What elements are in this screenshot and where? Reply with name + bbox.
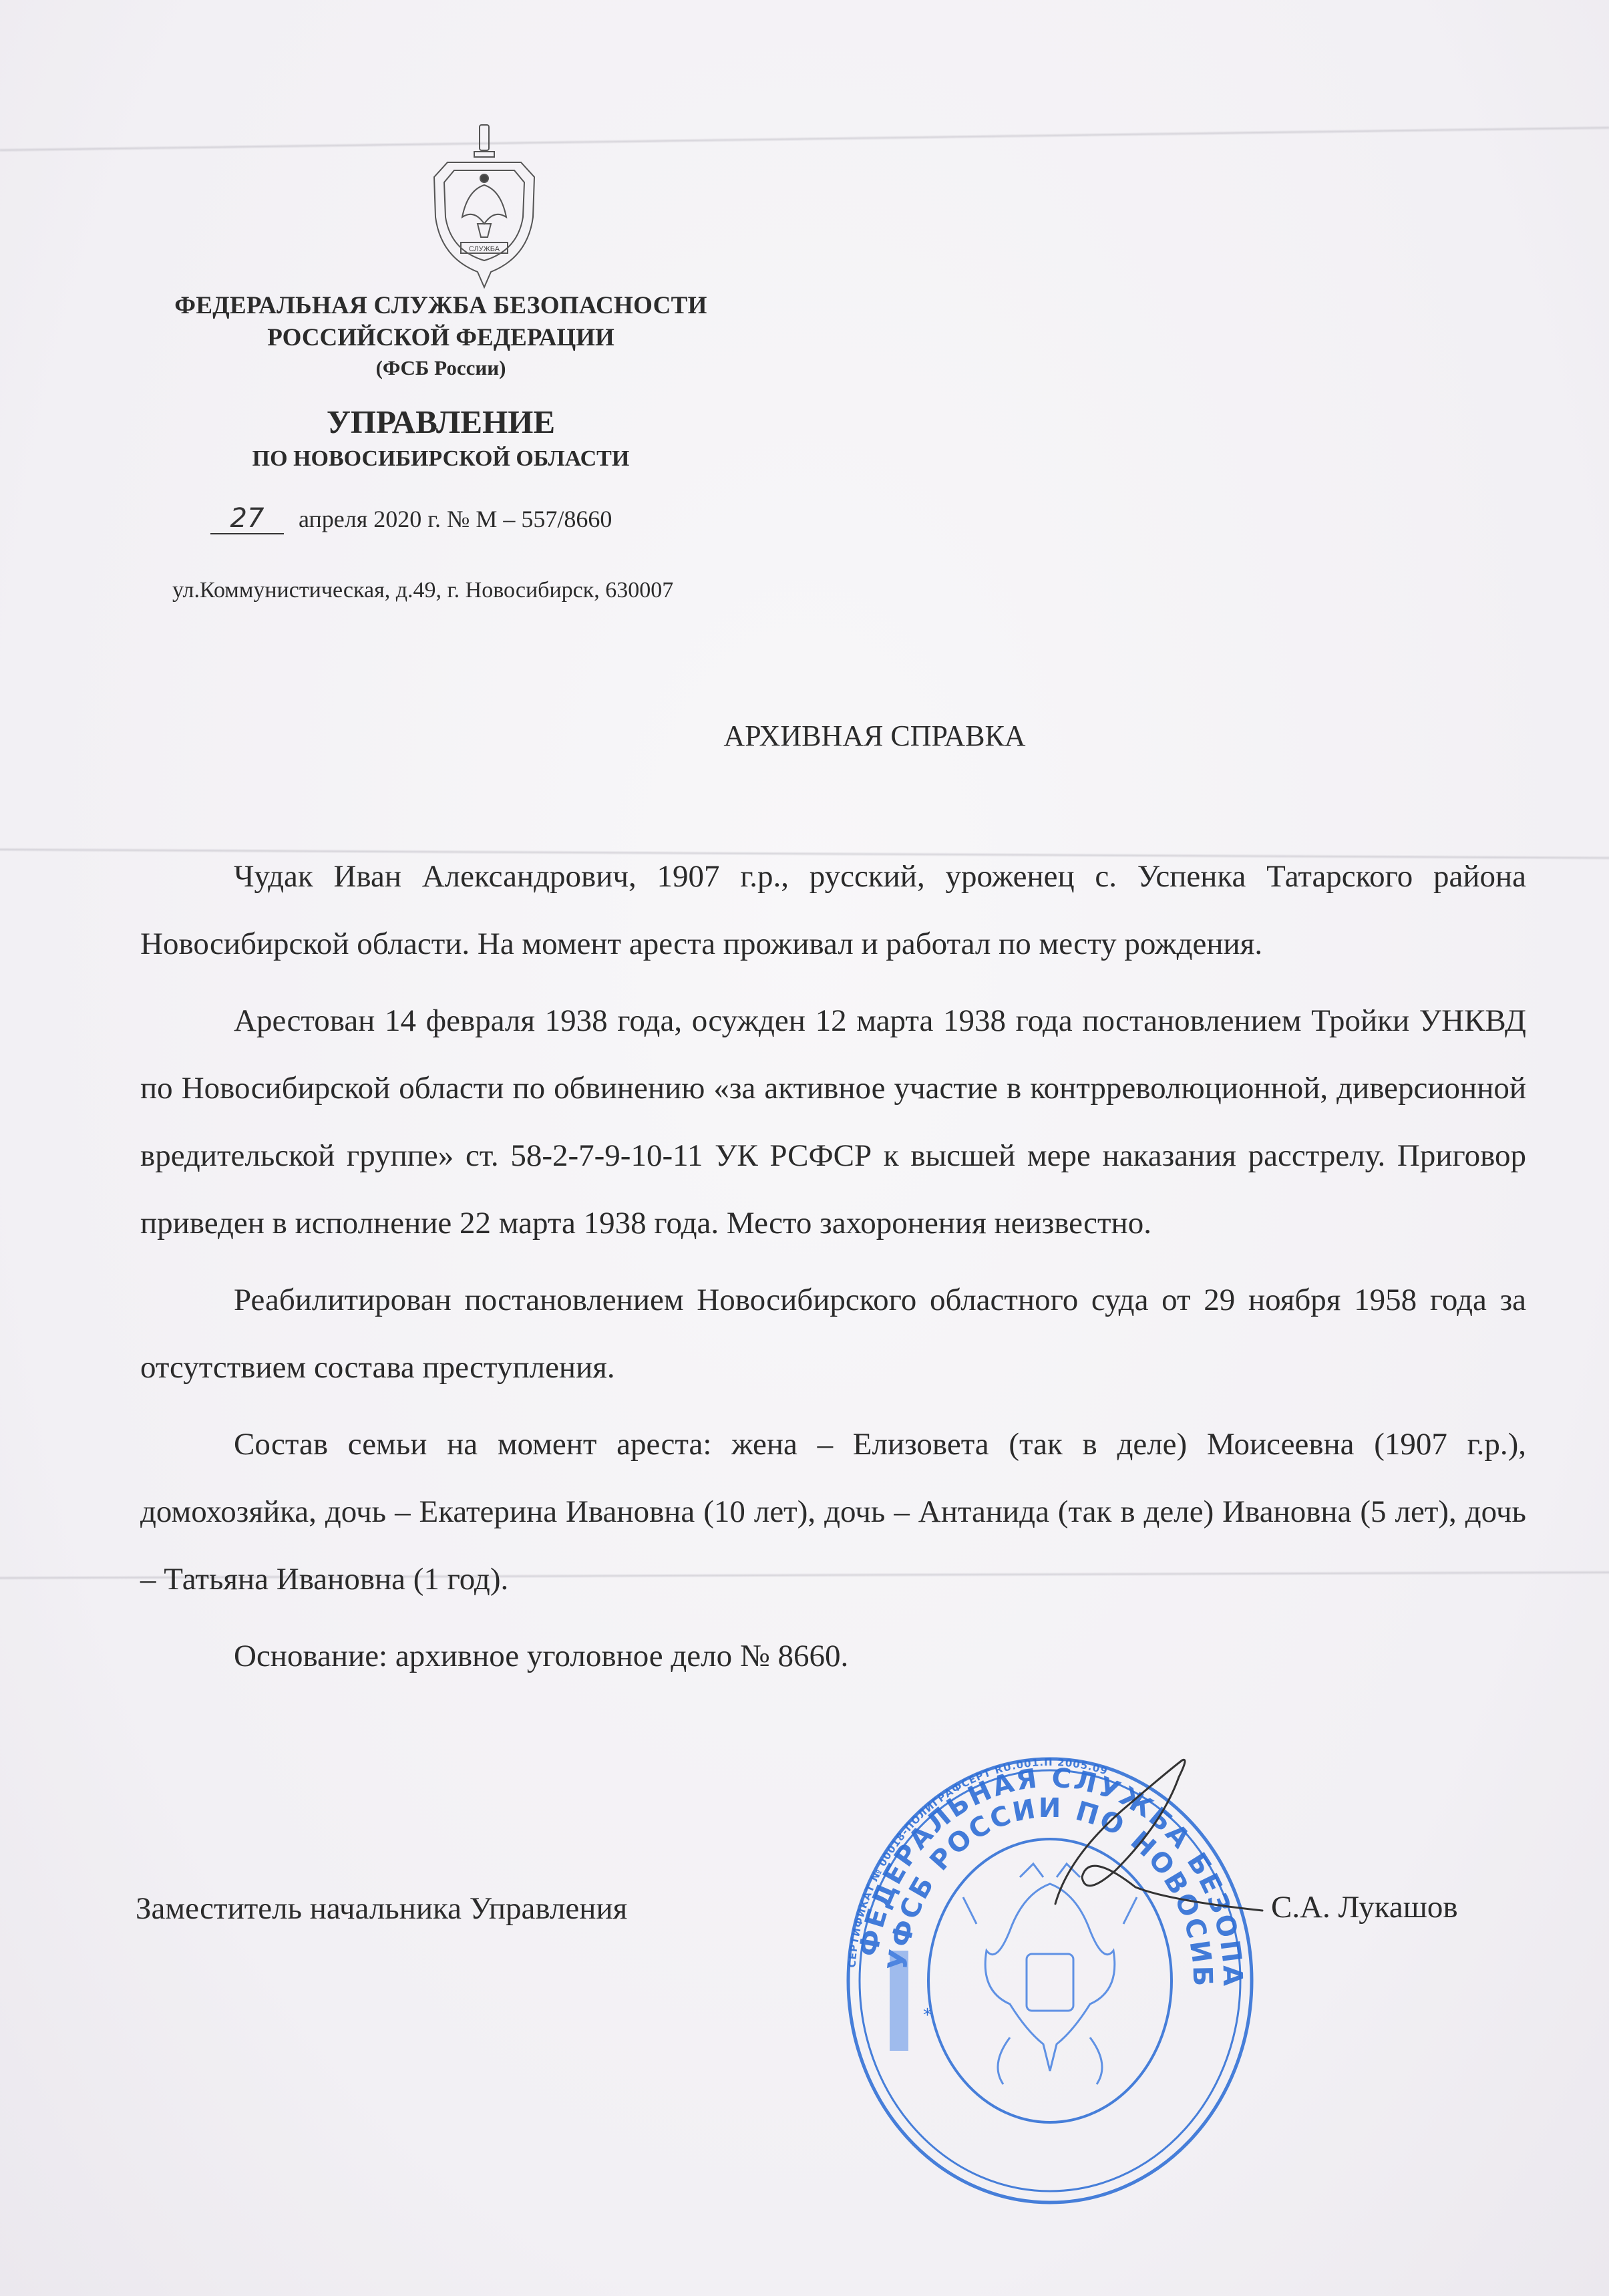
document-title: АРХИВНАЯ СПРАВКА [0,719,1609,753]
paragraph-family: Состав семьи на момент ареста: жена – Ел… [140,1411,1526,1613]
department-title: УПРАВЛЕНИЕ [154,403,728,441]
document-body: Чудак Иван Александрович, 1907 г.р., рус… [140,843,1526,1699]
document-date-number: 27апреля 2020 г. № М – 557/8660 [210,504,612,534]
signatory-role: Заместитель начальника Управления [136,1891,627,1927]
date-and-reg-number: апреля 2020 г. № М – 557/8660 [299,506,612,532]
handwritten-signature [948,1750,1322,1924]
org-name-line-1: ФЕДЕРАЛЬНАЯ СЛУЖБА БЕЗОПАСНОСТИ [154,291,728,320]
paragraph-arrest-sentence: Арестован 14 февраля 1938 года, осужден … [140,987,1526,1257]
svg-text:*: * [923,2005,932,2025]
paragraph-rehabilitation: Реабилитирован постановлением Новосибирс… [140,1267,1526,1402]
paper-fold-line [0,126,1609,152]
document-page: СЛУЖБА ФЕДЕРАЛЬНАЯ СЛУЖБА БЕЗОПАСНОСТИ Р… [0,0,1609,2296]
org-short-name: (ФСБ России) [154,356,728,380]
org-address: ул.Коммунистическая, д.49, г. Новосибирс… [172,578,673,603]
paragraph-basis: Основание: архивное уголовное дело № 866… [140,1623,1526,1690]
org-name-line-2: РОССИЙСКОЙ ФЕДЕРАЦИИ [154,323,728,352]
svg-text:СЛУЖБА: СЛУЖБА [469,245,500,253]
department-region: ПО НОВОСИБИРСКОЙ ОБЛАСТИ [154,446,728,472]
fsb-emblem-icon: СЛУЖБА [421,124,548,291]
paragraph-personal-info: Чудак Иван Александрович, 1907 г.р., рус… [140,843,1526,978]
handwritten-day: 27 [210,504,284,534]
